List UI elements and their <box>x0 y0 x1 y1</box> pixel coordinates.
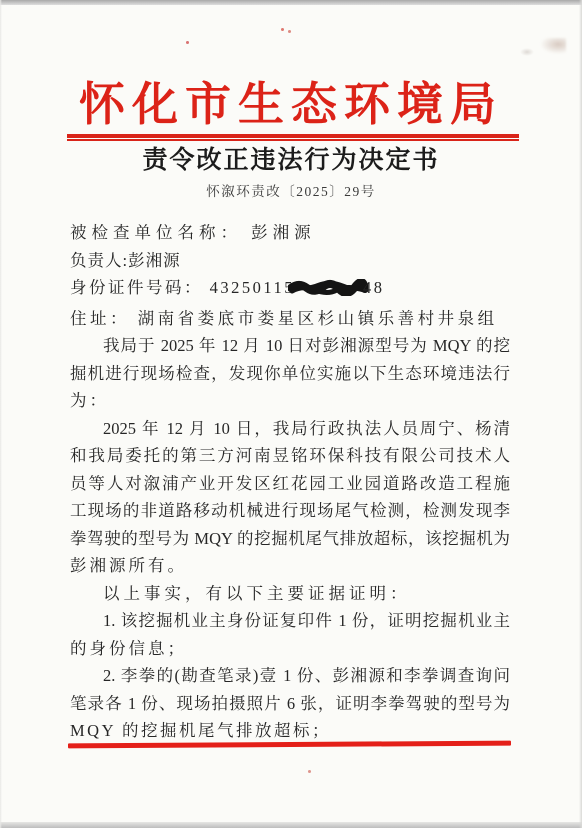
scan-speck <box>281 28 284 31</box>
body-line: 1. 该挖掘机业主身份证复印件 1 份，证明挖掘机业主 <box>70 607 510 635</box>
scan-edge-bottom <box>0 822 582 828</box>
id-number-line: 身份证件号码： 4325011548 <box>70 274 510 305</box>
document-paper: 怀化市生态环境局 责令改正违法行为决定书 怀溆环责改〔2025〕29号 被检查单… <box>0 0 582 828</box>
scan-edge-left <box>0 0 2 828</box>
responsible-person-line: 负责人:彭湘源 <box>70 247 510 275</box>
inspected-unit-line: 被检查单位名称： 彭湘源 <box>70 219 510 247</box>
scan-speck <box>308 770 311 773</box>
body-line: 拳驾驶的型号为 MQY 的挖掘机尾气排放超标，该挖掘机为 <box>70 525 510 553</box>
scan-smudge <box>520 48 534 56</box>
document-number: 怀溆环责改〔2025〕29号 <box>0 184 582 200</box>
body-line: 2025 年 12 月 10 日，我局行政执法人员周宁、杨清 <box>70 415 510 443</box>
body-line: 笔录各 1 份、现场拍摄照片 6 张，证明李拳驾驶的型号为 <box>70 690 510 718</box>
agency-name: 怀化市生态环境局 <box>0 80 582 130</box>
body-line: 掘机进行现场检查，发现你单位实施以下生态环境违法行 <box>70 360 510 388</box>
body-line: 我局于 2025 年 12 月 10 日对彭湘源型号为 MQY 的挖 <box>70 332 510 360</box>
body-line: 的身份信息； <box>70 635 510 663</box>
body-line: 彭湘源所有。 <box>70 552 510 580</box>
body-line: 以上事实，有以下主要证据证明： <box>70 580 510 608</box>
scan-edge-top <box>0 0 582 5</box>
red-rule-thin <box>67 139 519 141</box>
id-number-suffix: 48 <box>363 278 385 297</box>
document-title: 责令改正违法行为决定书 <box>0 146 582 174</box>
scanned-page: 怀化市生态环境局 责令改正违法行为决定书 怀溆环责改〔2025〕29号 被检查单… <box>0 0 582 828</box>
body-line: 为： <box>70 387 510 415</box>
body-line: 工现场的非道路移动机械进行现场尾气检测，检测发现李 <box>70 497 510 525</box>
document-body: 被检查单位名称： 彭湘源负责人:彭湘源身份证件号码： 4325011548住址：… <box>70 219 510 745</box>
scan-speck <box>288 30 291 33</box>
red-rule-thick <box>67 134 519 138</box>
scan-speck <box>186 41 189 44</box>
body-line: 和我局委托的第三方河南昱铭环保科技有限公司技术人 <box>70 442 510 470</box>
body-line: 员等人对溆浦产业开发区红花园工业园道路改造工程施 <box>70 470 510 498</box>
redaction-scribble <box>288 277 368 305</box>
id-number-prefix: 身份证件号码： 43250115 <box>70 278 295 297</box>
body-line: 2. 李拳的(勘查笔录)壹 1 份、彭湘源和李拳调查询问 <box>70 662 510 690</box>
scan-smudge <box>540 38 566 54</box>
address-line: 住址： 湖南省娄底市娄星区杉山镇乐善村井泉组 <box>70 305 510 333</box>
red-header-rule <box>67 134 519 141</box>
